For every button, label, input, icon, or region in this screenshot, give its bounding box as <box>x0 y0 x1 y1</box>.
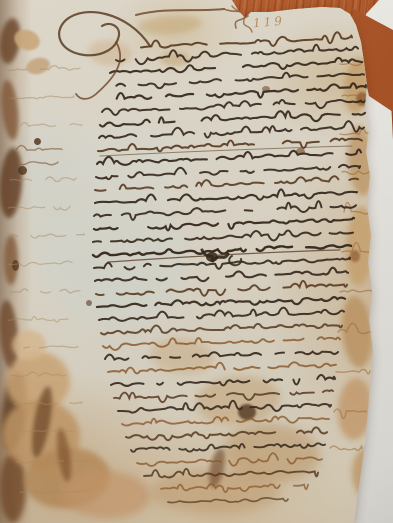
margin-bleed-line <box>20 489 92 494</box>
handwriting-line <box>101 324 342 335</box>
margin-bleed-line <box>8 66 80 71</box>
handwriting-line <box>116 73 364 89</box>
margin-bleed-line <box>18 162 58 165</box>
margin-bleed-line <box>8 261 72 266</box>
handwriting-line <box>126 427 327 440</box>
handwriting-line <box>102 100 366 115</box>
margin-bleed-line <box>342 171 374 174</box>
handwriting-line <box>144 469 318 478</box>
handwriting-line <box>108 362 336 373</box>
handwriting-line <box>141 32 352 47</box>
handwriting-line <box>122 417 329 426</box>
handwriting-line <box>96 281 347 296</box>
manuscript-page-wrap: 119 <box>0 0 393 523</box>
margin-bleed-line <box>10 372 66 376</box>
margin-bleed-line <box>338 323 372 333</box>
margin-bleed-line <box>16 146 62 151</box>
handwriting-line <box>97 149 361 164</box>
handwriting-line <box>93 231 353 242</box>
handwriting-svg <box>0 0 393 523</box>
handwriting-line <box>99 121 364 138</box>
ink-flourish <box>59 12 150 55</box>
manuscript-page: 119 <box>0 0 393 523</box>
handwriting-line <box>111 375 335 386</box>
handwriting-line <box>95 268 348 281</box>
handwriting-line <box>97 297 345 307</box>
ink-flourish <box>136 9 224 15</box>
handwriting-line <box>94 258 350 270</box>
handwriting-line <box>96 165 360 179</box>
handwriting-line <box>117 83 366 99</box>
margin-bleed-line <box>340 290 373 292</box>
margin-bleed-line <box>334 409 366 418</box>
handwriting-line <box>131 443 325 451</box>
margin-bleed-line <box>330 446 362 450</box>
handwriting-line <box>94 201 356 220</box>
margin-bleed-line <box>10 289 80 293</box>
margin-bleed-line <box>336 369 370 373</box>
handwriting-line <box>103 337 340 350</box>
handwriting-line <box>110 58 362 73</box>
handwriting-line <box>100 111 365 126</box>
margin-bleed-line <box>8 206 70 210</box>
margin-bleed-line <box>12 234 84 238</box>
handwriting-line <box>118 401 331 413</box>
handwriting-line <box>99 308 344 321</box>
margin-bleed-line <box>14 402 82 405</box>
handwriting-line <box>105 352 338 360</box>
handwriting-line <box>114 390 333 402</box>
margin-bleed-line <box>12 430 74 432</box>
handwriting-line <box>116 45 358 64</box>
handwriting-line <box>95 176 358 190</box>
photo-frame: 119 <box>0 0 393 523</box>
margin-bleed-line <box>342 94 374 96</box>
margin-bleed-line <box>10 96 74 99</box>
margin-bleed-line <box>24 346 78 348</box>
handwriting-line <box>168 498 288 503</box>
margin-bleed-line <box>16 461 88 463</box>
margin-bleed-line <box>8 317 68 322</box>
handwriting-line <box>161 484 308 492</box>
margin-bleed-line <box>21 123 82 127</box>
folio-number: 119 <box>252 14 285 31</box>
handwriting-line <box>98 139 362 152</box>
handwriting-line <box>137 453 322 466</box>
margin-bleed-line <box>10 177 76 181</box>
